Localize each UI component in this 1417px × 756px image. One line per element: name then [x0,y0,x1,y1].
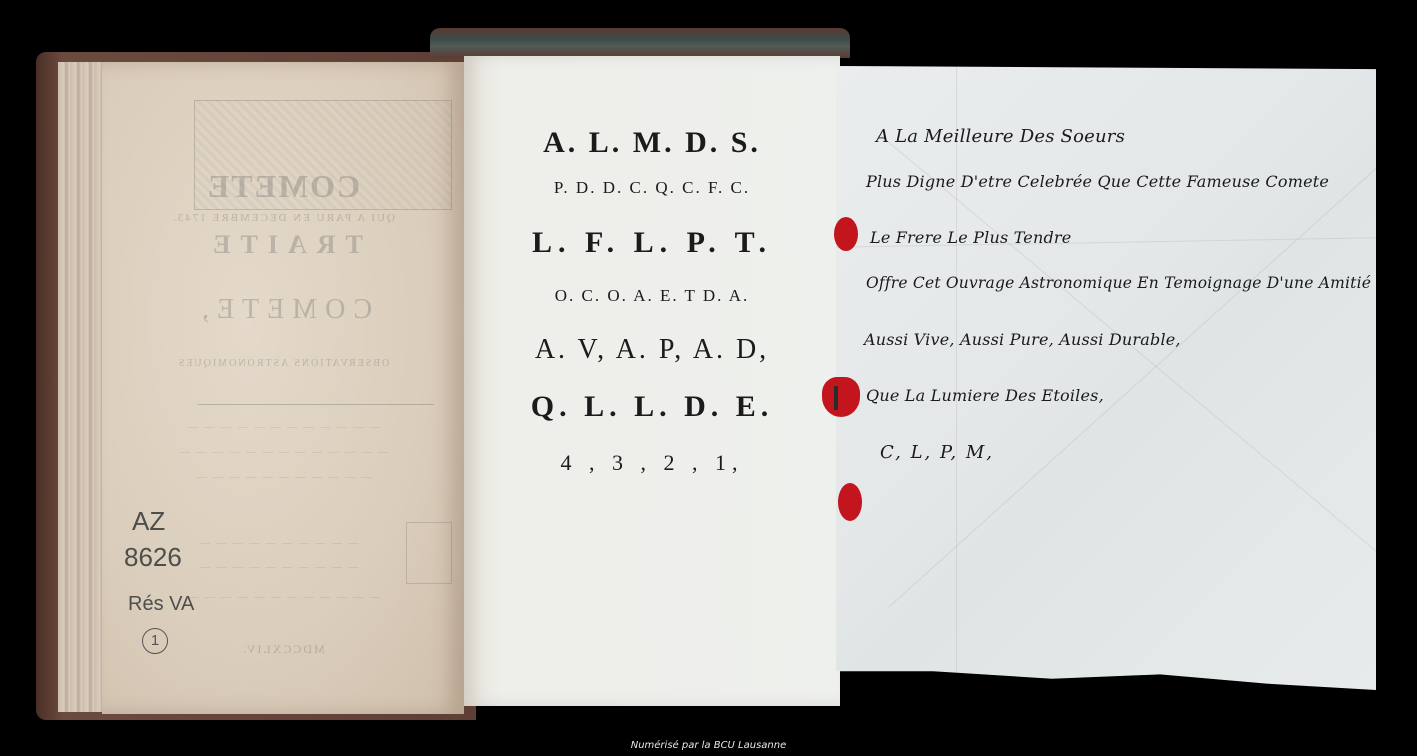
pencil-shelfmark-number: 8626 [124,544,182,570]
showthrough-comete: COMETE, [102,294,464,326]
cipher-line-3: L. F. L. P. T. [464,226,840,260]
fold-crease-diagonal-1 [888,125,1417,608]
cipher-line-2: P. D. D. C. Q. C. F. C. [464,178,840,198]
fold-crease-vertical [956,66,957,690]
cipher-line-7: 4 , 3 , 2 , 1, [464,450,840,476]
book-cover-top-edge [430,28,850,58]
letter-line-6: Que La Lumiere Des Etoiles, [866,386,1104,405]
seal-cut-mark [834,386,838,410]
left-page-title-verso: COMETE QUI A PARU EN DECEMBRE 1743. TRAI… [102,62,464,714]
folded-letter: A La Meilleure Des Soeurs Plus Digne D'e… [836,66,1376,690]
cipher-line-6: Q. L. L. D. E. [464,390,840,424]
showthrough-initial-block [406,522,452,584]
red-wax-seal-top [834,217,858,251]
letter-line-4: Offre Cet Ouvrage Astronomique En Temoig… [866,274,1371,292]
letter-line-2: Plus Digne D'etre Celebrée Que Cette Fam… [866,172,1329,191]
pencil-circled-number: 1 [142,628,168,654]
letter-line-7: C, L, P, M, [880,442,994,463]
showthrough-observations: OBSERVATIONS ASTRONOMIQUES [102,358,464,369]
cipher-line-1: A. L. M. D. S. [464,126,840,160]
letter-line-3: Le Frere Le Plus Tendre [870,228,1071,247]
showthrough-title: COMETE [102,168,464,205]
letter-line-1: A La Meilleure Des Soeurs [876,126,1125,147]
digitization-credit: Numérisé par la BCU Lausanne [0,740,1417,751]
showthrough-traite: TRAITE [102,230,464,260]
letter-line-5: Aussi Vive, Aussi Pure, Aussi Durable, [864,330,1181,349]
showthrough-rule [198,404,434,405]
showthrough-subtitle: QUI A PARU EN DECEMBRE 1743. [102,212,464,224]
red-wax-seal-bottom [838,483,862,521]
cipher-line-4: O. C. O. A. E. T D. A. [464,286,840,306]
pencil-shelfmark-res: Rés VA [128,594,194,614]
cipher-line-5: A. V, A. P, A. D, [464,334,840,366]
red-wax-seal-middle [822,377,860,417]
middle-page-cipher-dedication: A. L. M. D. S. P. D. D. C. Q. C. F. C. L… [464,56,840,706]
pencil-shelfmark-az: AZ [132,508,165,534]
